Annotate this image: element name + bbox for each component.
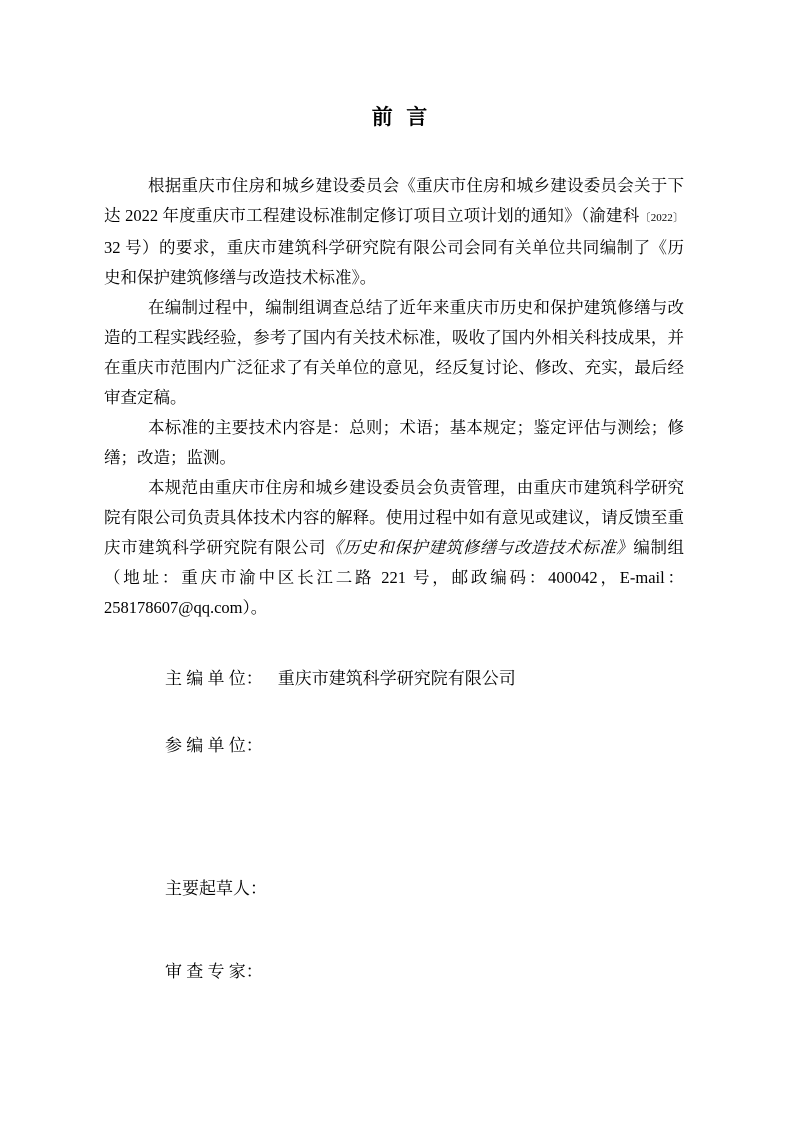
page-title: 前 言 [0, 101, 800, 131]
review-experts-line: 审 查 专 家： [148, 939, 263, 1005]
document-page: 前 言 根据重庆市住房和城乡建设委员会《重庆市住房和城乡建设委员会关于下达 20… [0, 0, 800, 1132]
chief-editor-value: 重庆市建筑科学研究院有限公司 [278, 669, 516, 688]
paragraph-2: 在编制过程中，编制组调查总结了近年来重庆市历史和保护建筑修缮与改造的工程实践经验… [104, 293, 684, 413]
contact-email: 258178607@qq.com [104, 598, 242, 617]
paragraph-3: 本标准的主要技术内容是：总则；术语；基本规定；鉴定评估与测绘；修缮；改造；监测。 [104, 413, 684, 473]
paragraph-4-text-end: ）。 [242, 598, 267, 617]
chief-editor-label: 主 编 单 位： [165, 669, 263, 688]
doc-number-bracket: 〔2022〕 [640, 212, 684, 224]
review-experts-label: 审 查 专 家： [165, 962, 263, 981]
chief-editor-line: 主 编 单 位：重庆市建筑科学研究院有限公司 [148, 646, 516, 712]
participating-units-label: 参 编 单 位： [165, 736, 263, 755]
paragraph-4: 本规范由重庆市住房和城乡建设委员会负责管理，由重庆市建筑科学研究院有限公司负责具… [104, 473, 684, 623]
standard-title-italic: 《历史和保护建筑修缮与改造技术标准》 [326, 538, 633, 557]
participating-units-line: 参 编 单 位： [148, 713, 263, 779]
paragraph-1: 根据重庆市住房和城乡建设委员会《重庆市住房和城乡建设委员会关于下达 2022 年… [104, 171, 684, 293]
document-body: 根据重庆市住房和城乡建设委员会《重庆市住房和城乡建设委员会关于下达 2022 年… [104, 171, 684, 623]
main-drafters-line: 主要起草人： [148, 856, 267, 922]
main-drafters-label: 主要起草人： [165, 879, 267, 898]
paragraph-1-text-cont: 32 号）的要求，重庆市建筑科学研究院有限公司会同有关单位共同编制了《历史和保护… [104, 238, 684, 287]
paragraph-1-text: 根据重庆市住房和城乡建设委员会《重庆市住房和城乡建设委员会关于下达 2022 年… [104, 176, 684, 225]
